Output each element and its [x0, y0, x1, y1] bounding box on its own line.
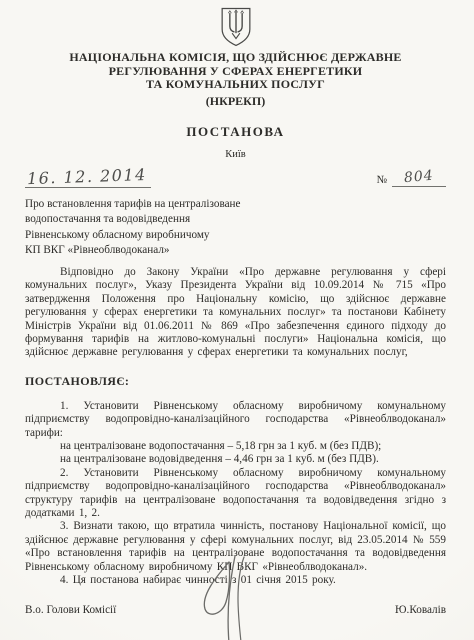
subject-line: КП ВКГ «Рівнеоблводоканал» — [25, 243, 446, 259]
tariff-line-water-supply: на централізоване водопостачання – 5,18 … — [25, 440, 446, 453]
signatory-name: Ю.Ковалів — [395, 604, 446, 616]
handwritten-date: 16. 12. 2014 — [25, 164, 151, 188]
resolution-items: 1. Установити Рівненському обласному вир… — [25, 400, 446, 588]
org-name-line: РЕГУЛЮВАННЯ У СФЕРАХ ЕНЕРГЕТИКИ — [25, 65, 446, 79]
org-name-line: НАЦІОНАЛЬНА КОМІСІЯ, ЩО ЗДІЙСНЮЄ ДЕРЖАВН… — [25, 51, 446, 65]
date-field: 16. 12. 2014 — [25, 167, 151, 188]
tariff-line-wastewater: на централізоване водовідведення – 4,46 … — [25, 453, 446, 466]
document-title: ПОСТАНОВА — [25, 124, 446, 140]
resolution-item-2: 2. Установити Рівненському обласному вир… — [25, 467, 446, 521]
org-name-line: ТА КОМУНАЛЬНИХ ПОСЛУГ — [25, 78, 446, 92]
resolves-label: ПОСТАНОВЛЯЄ: — [25, 374, 446, 389]
ukraine-trident-emblem — [219, 7, 253, 47]
signatory-position: В.о. Голови Комісії — [25, 604, 116, 616]
resolution-item-1: 1. Установити Рівненському обласному вир… — [25, 400, 446, 440]
signature-row: В.о. Голови Комісії Ю.Ковалів — [25, 604, 446, 616]
subject-line: Рівненському обласному виробничому — [25, 228, 446, 244]
number-underline: 804 — [392, 169, 446, 187]
date-number-row: 16. 12. 2014 № 804 — [25, 156, 446, 188]
number-field: № 804 — [377, 169, 447, 188]
resolution-item-3: 3. Визнати такою, що втратила чинність, … — [25, 520, 446, 574]
preamble-paragraph: Відповідно до Закону України «Про держав… — [25, 266, 446, 360]
handwritten-number: 804 — [403, 167, 434, 187]
subject-line: водопостачання та водовідведення — [25, 212, 446, 228]
number-sign: № — [377, 174, 388, 187]
document-page: НАЦІОНАЛЬНА КОМІСІЯ, ЩО ЗДІЙСНЮЄ ДЕРЖАВН… — [0, 0, 474, 640]
resolution-item-4: 4. Ця постанова набирає чинності з 01 сі… — [25, 574, 446, 587]
org-name: НАЦІОНАЛЬНА КОМІСІЯ, ЩО ЗДІЙСНЮЄ ДЕРЖАВН… — [25, 51, 446, 92]
document-subject: Про встановлення тарифів на централізова… — [25, 197, 446, 259]
org-abbreviation: (НКРЕКП) — [25, 94, 446, 109]
subject-line: Про встановлення тарифів на централізова… — [25, 197, 446, 213]
